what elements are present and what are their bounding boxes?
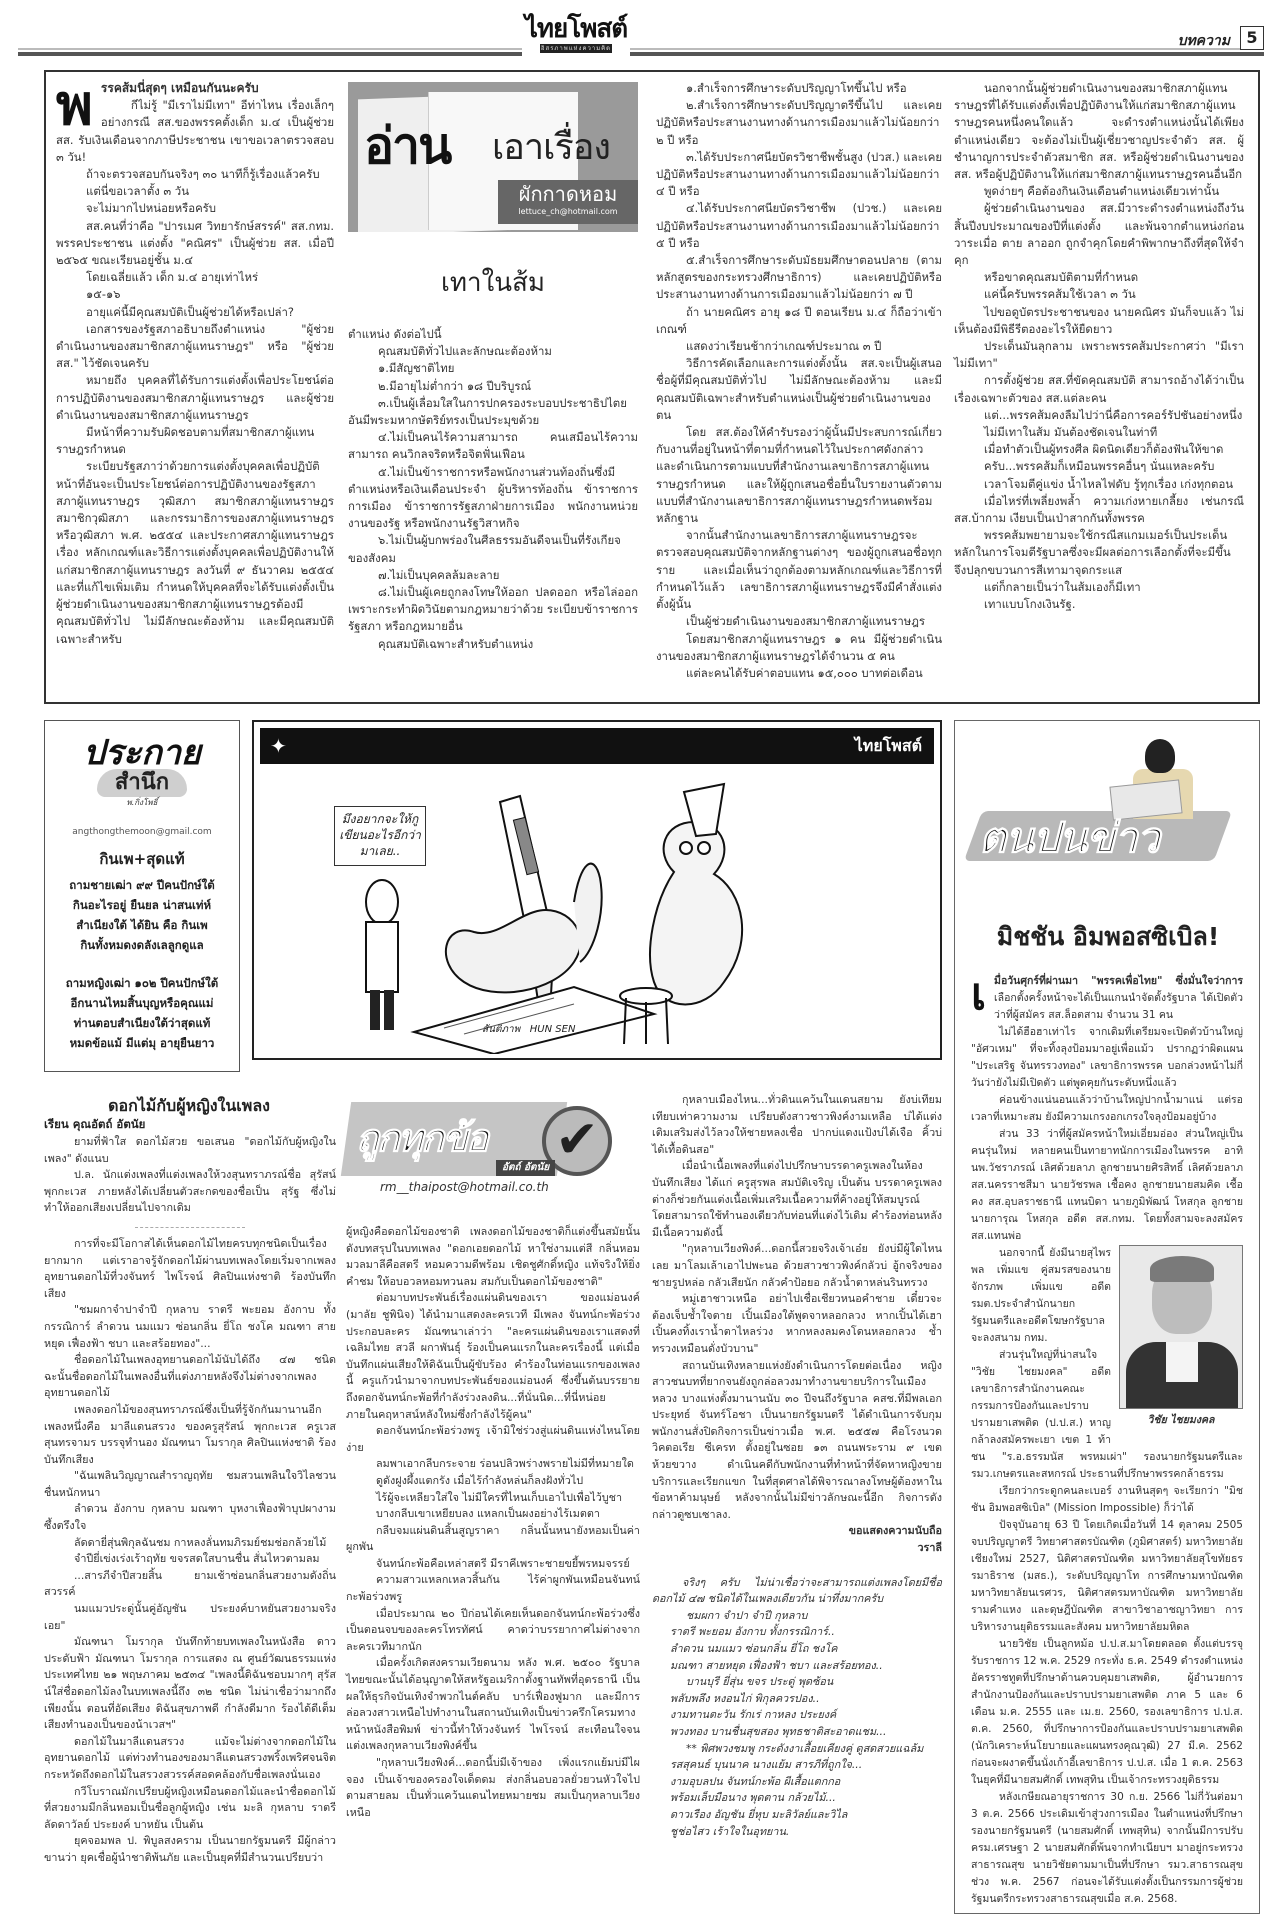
- portrait-photo: [1119, 1245, 1243, 1409]
- paragraph: แต่...พรรคส้มคงลืมไปว่านี่คือการคอร์รัปช…: [954, 407, 1244, 424]
- poem-line: ท่านตอบสำเนียงใต้ว่าสุดแท้: [45, 1013, 239, 1033]
- news-column-box: ตนปนข่าว มิชชัน อิมพอสซิเบิล! เมื่อวันศุ…: [954, 720, 1260, 1914]
- paragraph: ยุคจอมพล ป. พิบูลสงคราม เป็นนายกรัฐมนตรี…: [44, 1833, 336, 1866]
- paragraph: เป็นผู้ช่วยดำเนินงานของสมาชิกสภาผู้แทนรา…: [656, 613, 942, 630]
- signoff-name: วราลี: [652, 1540, 942, 1557]
- paragraph: กลีบจมแผ่นดินสิ้นสูญราคา กลิ่นนั้นหนายัง…: [346, 1523, 640, 1556]
- paragraph: นมแมวประดู่นั้นคู่อัญชัน ประยงค์บาหยันสว…: [44, 1601, 336, 1634]
- paragraph: จะไม่มากไปหน่อยหรือครับ: [56, 200, 334, 217]
- paragraph: ความสาวแหลกเหลวสิ้นกัน ไร้ค่าผูกพันเหมือ…: [346, 1572, 640, 1605]
- paragraph: ไร้ผู้จะเหลียวใส่ใจ ไม่มีใครที่ไหนเก็บเอ…: [346, 1490, 640, 1507]
- paragraph: เมื่อประมาณ ๒๐ ปีก่อนได้เคยเห็นดอกจันทน์…: [346, 1606, 640, 1656]
- paragraph: เรียกว่ากระดูกคนละเบอร์ งานหินสุดๆ จะเรี…: [971, 1483, 1243, 1517]
- letter-salutation: เรียน คุณอัตถ์ อัตนัย: [44, 1116, 145, 1134]
- paragraph: ๑๕-๑๖: [56, 286, 334, 303]
- paragraph: แค่นี้ครับพรรคส้มใช้เวลา ๓ วัน: [954, 286, 1244, 303]
- masthead-rule-light: [18, 48, 1264, 50]
- paragraph: นอกจากนั้นผู้ช่วยดำเนินงานของสมาชิกสภาผู…: [954, 80, 1244, 183]
- paragraph: หลังเกษียณอายุราชการ 30 ก.ย. 2566 ไม่กี่…: [971, 1789, 1243, 1908]
- paragraph: เพลงดอกไม้ของสุนทราภรณ์ซึ่งเป็นที่รู้จัก…: [44, 1402, 336, 1468]
- letter-col2: ผู้หญิงคือดอกไม้ของชาติ เพลงดอกไม้ของชาต…: [346, 1224, 640, 1821]
- column-read-text-col2: ตำแหน่ง ดังต่อไปนี้คุณสมบัติทั่วไปและลัก…: [348, 326, 638, 653]
- paragraph: แต่นี่ขอเวลาตั้ง ๓ วัน: [56, 183, 334, 200]
- paragraph: ๖.ไม่เป็นผู้บกพร่องในศีลธรรมอันดีจนเป็นท…: [348, 532, 638, 566]
- section-label: บทความ: [1178, 30, 1230, 52]
- paragraph: ๒.มีอายุไม่ต่ำกว่า ๑๘ ปีบริบูรณ์: [348, 378, 638, 395]
- paragraph: "กุหลาบเวียงพิงค์...ดอกนี้สวยจริงเจ้าเอ๋…: [652, 1241, 942, 1291]
- letter-col2-paragraphs: ผู้หญิงคือดอกไม้ของชาติ เพลงดอกไม้ของชาต…: [346, 1224, 640, 1821]
- article-title: เทาในส้ม: [348, 262, 638, 303]
- letter-paragraphs: การที่จะมีโอกาสได้เห็นดอกไม้ไทยครบทุกชนิ…: [44, 1236, 336, 1867]
- paragraph: สถานบันเทิงหลายแห่งยังดำเนินการโดยต่อเนื…: [652, 1358, 942, 1524]
- photo-caption: วิชัย ไชยมงคล: [1119, 1409, 1243, 1431]
- poem-line: อีกนานไหมสิ้นบุญหรือคุณแม่: [45, 993, 239, 1013]
- verse-line: พลับพลึง หงอนไก่ พิกุลควรปอง..: [652, 1691, 942, 1708]
- paragraph: ชื่อดอกไม้ในเพลงอุทยานดอกไม้นับได้ถึง ๔๗…: [44, 1352, 336, 1402]
- poem-line: สำเนียงใต้ ได้ยิน คือ กินเพ: [45, 915, 239, 935]
- letter-col3-paragraphs: กุหลาบเมืองไหน...ทั่วดินแคว้นในแดนสยาม ย…: [652, 1092, 942, 1523]
- paragraph: หมู่เฮาชาวเหนือ อย่าไปเชื่อเชียวหนอคำชาย…: [652, 1291, 942, 1357]
- paragraph: เมื่อทำตัวเป็นผู้ทรงศีล ผิดนิดเดียวก็ต้อ…: [954, 441, 1244, 458]
- news-lead-bold: มื่อวันศุกร์ที่ผ่านมา "พรรคเพื่อไทย" ซึ่…: [994, 975, 1243, 987]
- verse-line: ราตรี พะยอม อังกาบ ทั้งกรรณิการ์..: [652, 1624, 942, 1641]
- poem-line: กินอะไรอยู่ ยืนยล น่าสนเท่ห์: [45, 895, 239, 915]
- paragraph: ผู้ช่วยดำเนินงานของ สส.มีวาระดำรงตำแหน่ง…: [954, 200, 1244, 269]
- paragraph: ถ้า นายคณิศร อายุ ๑๘ ปี ตอนเรียน ม.๔ ก็ถ…: [656, 304, 942, 338]
- paragraph: ไปขอดูบัตรประชาชนของ นายคณิศร มันก็จบแล้…: [954, 304, 1244, 338]
- paragraph: ผู้หญิงคือดอกไม้ของชาติ เพลงดอกไม้ของชาต…: [346, 1224, 640, 1290]
- poem-email: angthongthemoon@gmail.com: [45, 825, 239, 839]
- news-column-wordmark: ตนปนข่าว: [979, 813, 1159, 863]
- author-bar: ผักกาดหอม lettuce_ch@hotmail.com: [498, 180, 638, 224]
- paragraph: ยามที่ฟ้าใส ดอกไม้สวย ขอเสนอ "ดอกไม้กับผ…: [44, 1134, 336, 1167]
- paragraph: ๕.ไม่เป็นข้าราชการหรือพนักงานส่วนท้องถิ่…: [348, 464, 638, 533]
- paragraph: ไม่ได้ฮือฮาเท่าไร จากเดิมที่เตรียมจะเปิด…: [971, 1024, 1243, 1092]
- verse-line: ชูช่อไสว เร้าใจในอุทยาน.: [652, 1824, 942, 1841]
- qa-email: rm__thaipost@hotmail.co.th: [380, 1180, 549, 1194]
- column-banner: อ่าน เอาเรื่อง ผักกาดหอม lettuce_ch@hotm…: [348, 82, 638, 232]
- paragraph: จำปียี่เข่งเร่งเร้าฤทัย ขจรสดใสบานชื่น ส…: [44, 1551, 336, 1568]
- paragraph: การตั้งผู้ช่วย สส.ที่ขัดคุณสมบัติ สามารถ…: [954, 372, 1244, 406]
- paragraph: ตำแหน่ง ดังต่อไปนี้: [348, 326, 638, 343]
- paragraph: ...สารภีจำปีสวยสิ้น ยามเช้าซ่อนกลิ่นสวยง…: [44, 1568, 336, 1601]
- cartoon-brand: ไทยโพสต์: [855, 733, 922, 759]
- paragraph: ดอกไม้ในมาลีแดนสรวง แม้จะไม่ต่างจากดอกไม…: [44, 1734, 336, 1784]
- paragraph: เวลาโจมตีคู่แข่ง น้ำไหลไฟดับ รู้ทุกเรื่อ…: [954, 476, 1244, 493]
- reply-intro: จริงๆ ครับ ไม่น่าเชื่อว่าจะสามารถแต่งเพล…: [652, 1575, 942, 1608]
- col1-paragraphs: กีไม่รู้ "มีเราไม่มีเทา" อีท่าไหน เรื่อง…: [56, 97, 334, 648]
- qa-banner-title: ถูกทุกข้อ: [356, 1116, 487, 1160]
- paragraph: แต่ก็กลายเป็นว่าในส้มเองก็มีเทา: [954, 579, 1244, 596]
- poem-lines: ถามชายเฒ่า ๙๙ ปีคนปักษ์ใต้กินอะไรอยู่ ยื…: [45, 875, 239, 1053]
- newspaper-tagline: อิสรภาพแห่งความคิด: [540, 44, 612, 53]
- letter-col3: กุหลาบเมืองไหน...ทั่วดินแคว้นในแดนสยาม ย…: [652, 1092, 942, 1840]
- paragraph: ลมพาเอากลีบกระจาย ร่อนปลิวพร่างพรายไม่มี…: [346, 1456, 640, 1473]
- col3-paragraphs: ๑.สำเร็จการศึกษาระดับปริญญาโทขึ้นไป หรือ…: [656, 80, 942, 682]
- paragraph: ไม่มีเทาในส้ม มันต้องชัดเจนในท่าที: [954, 424, 1244, 441]
- verse-line: ลำดวน นมแมว ซ่อนกลิ่น ยี่โถ ชงโค: [652, 1641, 942, 1658]
- editor-reply: จริงๆ ครับ ไม่น่าเชื่อว่าจะสามารถแต่งเพล…: [652, 1575, 942, 1841]
- cartoon-header-bar: ✦ ไทยโพสต์: [260, 728, 934, 764]
- poem-line: หมดข้อแม้ มีแต่มุ อายุยืนยาว: [45, 1033, 239, 1053]
- paragraph: อายุแค่นี้มีคุณสมบัติเป็นผู้ช่วยได้หรือเ…: [56, 304, 334, 321]
- paragraph: ๑.สำเร็จการศึกษาระดับปริญญาโทขึ้นไป หรือ: [656, 80, 942, 97]
- reply-verse: ชมผกา จำปา จำปี กุหลาบราตรี พะยอม อังกาบ…: [652, 1608, 942, 1840]
- paragraph: ๗.ไม่เป็นบุคคลล้มละลาย: [348, 567, 638, 584]
- newspaper-logo-text: ไทยโพสต์: [522, 14, 630, 44]
- paragraph: หรือขาดคุณสมบัติตามที่กำหนด: [954, 269, 1244, 286]
- paper-label-peace: สันติภาพ: [482, 1024, 520, 1035]
- poem-line: ถามชายเฒ่า ๙๙ ปีคนปักษ์ใต้: [45, 875, 239, 895]
- paragraph: "กุหลาบเวียงพิงค์...ดอกนี้บ่มีเจ้าของ เพ…: [346, 1755, 640, 1821]
- lead-paragraph: พรรคส้มนี่สุดๆ เหมือนกันนะครับ: [56, 80, 334, 97]
- letter-col1: ยามที่ฟ้าใส ดอกไม้สวย ขอเสนอ "ดอกไม้กับผ…: [44, 1134, 336, 1867]
- paragraph: ลำดวน อังกาบ กุหลาบ มณฑา บุหงาเฟื่องฟ้าบ…: [44, 1501, 336, 1534]
- paragraph: "ชมผกาจำปาจำปี กุหลาบ ราตรี พะยอม อังกาบ…: [44, 1302, 336, 1352]
- column-read-text-col3: ๑.สำเร็จการศึกษาระดับปริญญาโทขึ้นไป หรือ…: [656, 80, 942, 682]
- poem-box: ประกาย สำนึก พ.กิ่งโพธิ์ angthongthemoon…: [44, 720, 240, 1072]
- paragraph: ครับ...พรรคส้มก็เหมือนพรรคอื่นๆ นั่นแหละ…: [954, 458, 1244, 475]
- banner-title-small: เอาเรื่อง: [492, 126, 610, 170]
- paragraph: ค่อนข้างแน่นอนแล้วว่าบ้านใหญ่ปากน้ำมาแน่…: [971, 1092, 1243, 1126]
- poem-logo-title: ประกาย: [45, 733, 239, 773]
- paragraph: บางกลีบเขาเหยียบลง แหลกเป็นผงอย่างไร้เมต…: [346, 1506, 640, 1523]
- paragraph: ประเด็นมันลุกลาม เพราะพรรคส้มประกาศว่า "…: [954, 338, 1244, 372]
- news-body: เมื่อวันศุกร์ที่ผ่านมา "พรรคเพื่อไทย" ซึ…: [971, 973, 1243, 1908]
- news-paragraphs-top: ไม่ได้ฮือฮาเท่าไร จากเดิมที่เตรียมจะเปิด…: [971, 1024, 1243, 1245]
- news-photo: วิชัย ไชยมงคล: [1119, 1245, 1243, 1433]
- poem-line: กินทั้งหมดงดลังเลลูกดูแล: [45, 935, 239, 955]
- paragraph: ๕.สำเร็จการศึกษาระดับมัธยมศึกษาตอนปลาย (…: [656, 252, 942, 304]
- verse-line: ** พิศพวงชมพู กระดังงาเลื้อยเคียงคู่ ดูส…: [652, 1741, 942, 1758]
- paragraph: กวีโบราณมักเปรียบผู้หญิงเหมือนดอกไม้และน…: [44, 1784, 336, 1834]
- paragraph: โดยสมาชิกสภาผู้แทนราษฎร ๑ คน มีผู้ช่วยดำ…: [656, 631, 942, 665]
- paragraph: ต่อมาบทประพันธ์เรื่องแผ่นดินของเรา ของแม…: [346, 1290, 640, 1423]
- paragraph: ส่วน 33 ว่าที่ผู้สมัครหน้าใหม่เอี่ยมอ่อง…: [971, 1126, 1243, 1245]
- column-email: lettuce_ch@hotmail.com: [498, 206, 638, 218]
- page-number: 5: [1240, 26, 1264, 50]
- news-lead-rest: เลือกตั้งครั้งหน้าจะได้เป็นแกนนำจัดตั้งร…: [994, 992, 1243, 1021]
- verse-line: พวงทอง บานชื่นสุขสอง พุทธชาติสะอาดแชม...: [652, 1724, 942, 1741]
- paragraph: เทาแบบโกงเงินรัฐ.: [954, 596, 1244, 613]
- signoff-regards: ขอแสดงความนับถือ: [652, 1523, 942, 1540]
- banner-title-big: อ่าน: [364, 118, 450, 174]
- masthead-rule: [18, 52, 1264, 56]
- paragraph: สส.คนที่ว่าคือ "ปารเมศ วิทยารักษ์สรรค์" …: [56, 218, 334, 270]
- paragraph: เมื่อนำเนื้อเพลงที่แต่งไปปรึกษาบรรดาครูเ…: [652, 1158, 942, 1241]
- paragraph: โดยเฉลี่ยแล้ว เด็ก ม.๔ อายุเท่าไหร่: [56, 269, 334, 286]
- column-read-text-col1: พรรคส้มนี่สุดๆ เหมือนกันนะครับ กีไม่รู้ …: [56, 80, 334, 648]
- col2-paragraphs: ตำแหน่ง ดังต่อไปนี้คุณสมบัติทั่วไปและลัก…: [348, 326, 638, 653]
- bird-mascot-icon: ✦: [270, 732, 314, 760]
- news-dropcap: เ: [971, 975, 986, 1015]
- paragraph: กุหลาบเมืองไหน...ทั่วดินแคว้นในแดนสยาม ย…: [652, 1092, 942, 1158]
- verse-line: งามอุบลปน จันทน์กะพ้อ ผีเสื้อแตกกอ: [652, 1774, 942, 1791]
- paragraph: มัณฑนา โมรากุล บันทึกท้ายบทเพลงในหนังสือ…: [44, 1634, 336, 1734]
- verse-line: งามทานตะวัน รักเร่ กาหลง ประยงค์: [652, 1707, 942, 1724]
- paragraph: ๑.มีสัญชาติไทย: [348, 360, 638, 377]
- qa-column-banner: ถูกทุกข้อ ✔ อัตถ์ อัตนัย rm__thaipost@ho…: [346, 1092, 636, 1204]
- paragraph: แสดงว่าเรียนช้ากว่าเกณฑ์ประมาณ ๓ ปี: [656, 338, 942, 355]
- dashed-divider: [135, 1227, 245, 1228]
- paragraph: โดย สส.ต้องให้คำรับรองว่าผู้นั้นมีประสบก…: [656, 424, 942, 527]
- paragraph: ๘.ไม่เป็นผู้เคยถูกลงโทษให้ออก ปลดออก หรื…: [348, 584, 638, 636]
- paragraph: ๓.เป็นผู้เลื่อมใสในการปกครองระบอบประชาธิ…: [348, 395, 638, 429]
- paragraph: ถ้าจะตรวจสอบกันจริงๆ ๓๐ นาทีก็รู้เรื่องแ…: [56, 166, 334, 183]
- verse-line: พร้อมเล็บมือนาง พุดตาน กล้วยไม้...: [652, 1790, 942, 1807]
- paragraph: เอกสารของรัฐสภาอธิบายถึงตำแหน่ง "ผู้ช่วย…: [56, 321, 334, 373]
- paragraph: ดอกจันทน์กะพ้อร่วงพรู เจ้ามิใช่ร่วงสู่แผ…: [346, 1423, 640, 1456]
- paragraph: ดูดังฝูงผึ้งแตกรัง เมื่อไร้กำลังหล่นก็ลง…: [346, 1473, 640, 1490]
- paragraph: ๔.ไม่เป็นคนไร้ความสามารถ คนเสมือนไร้ความ…: [348, 429, 638, 463]
- paragraph: ปัจจุบันอายุ 63 ปี โดยเกิดเมื่อวันที่ 14…: [971, 1517, 1243, 1636]
- paragraph: นายวิชัย เป็นลูกหม้อ ป.ป.ส.มาโดยตลอด ตั้…: [971, 1636, 1243, 1789]
- news-lead: เมื่อวันศุกร์ที่ผ่านมา "พรรคเพื่อไทย" ซึ…: [971, 973, 1243, 1024]
- paragraph: จันทน์กะพ้อคือเหล่าสตรี มีราคีเพราะชายขย…: [346, 1556, 640, 1573]
- poem-logo-scroll: สำนึก: [97, 769, 187, 797]
- column-author: ผักกาดหอม: [498, 182, 638, 206]
- editorial-cartoon: ✦ ไทยโพสต์ มึงอยากจะให้กูเขียนอะไรอีกว่า…: [252, 720, 942, 1060]
- news-paragraphs-bottom: เรียกว่ากระดูกคนละเบอร์ งานหินสุดๆ จะเรี…: [971, 1483, 1243, 1908]
- paragraph: "ฉันเพลินวิญญาณสำราญฤทัย ชมสวนเพลินใจวิไ…: [44, 1468, 336, 1501]
- paragraph: หมายถึง บุคคลที่ได้รับการแต่งตั้งเพื่อปร…: [56, 372, 334, 424]
- poem-title: กินเพ+สุดแท้: [45, 849, 239, 869]
- paragraph: ระเบียบรัฐสภาว่าด้วยการแต่งตั้งบุคคลเพื่…: [56, 458, 334, 647]
- news-column-logo: ตนปนข่าว: [965, 737, 1245, 887]
- speech-bubble: มึงอยากจะให้กูเขียนอะไรอีกว่ามาเลย..: [334, 806, 426, 866]
- poem-author: พ.กิ่งโพธิ์: [45, 797, 239, 809]
- col4-paragraphs: นอกจากนั้นผู้ช่วยดำเนินงานของสมาชิกสภาผู…: [954, 80, 1244, 613]
- masthead: ไทยโพสต์ อิสรภาพแห่งความคิด บทความ 5: [0, 0, 1286, 64]
- paragraph: ๓.ได้รับประกาศนียบัตรวิชาชีพชั้นสูง (ปวส…: [656, 149, 942, 201]
- poem-stanza-2: ถามหญิงเฒ่า ๑๐๒ ปีคนปักษ์ใต้อีกนานไหมสิ้…: [45, 973, 239, 1053]
- newspaper-reader-illustration: [1125, 739, 1195, 821]
- letter-intro: ยามที่ฟ้าใส ดอกไม้สวย ขอเสนอ "ดอกไม้กับผ…: [44, 1134, 336, 1217]
- poem-logo: ประกาย สำนึก พ.กิ่งโพธิ์: [45, 733, 239, 825]
- verse-line: รสสุคนธ์ บุนนาค นางแย้ม สารภีที่ถูกใจ...: [652, 1757, 942, 1774]
- column-read-text-col4: นอกจากนั้นผู้ช่วยดำเนินงานของสมาชิกสภาผู…: [954, 80, 1244, 613]
- verse-line: ดาวเรือง อัญชัน ยี่หุบ มะลิวัลย์และวิไล: [652, 1807, 942, 1824]
- paragraph: คุณสมบัติเฉพาะสำหรับตำแหน่ง: [348, 636, 638, 653]
- paragraph: ป.ล. นักแต่งเพลงที่แต่งเพลงให้วงสุนทราภร…: [44, 1167, 336, 1217]
- paragraph: คุณสมบัติทั่วไปและลักษณะต้องห้าม: [348, 343, 638, 360]
- paragraph: เมื่อครั้งเกิดสงครามเวียดนาม หลัง พ.ศ. ๒…: [346, 1655, 640, 1755]
- verse-line: บานบุรี ยี่สุ่น ขจร ประดู่ พุดซ้อน: [652, 1674, 942, 1691]
- paragraph: พรรคส้มพยายามจะใช้กรณีสแกมเมอร์เป็นประเด…: [954, 527, 1244, 579]
- verse-line: ชมผกา จำปา จำปี กุหลาบ: [652, 1608, 942, 1625]
- paragraph: ๔.ได้รับประกาศนียบัตรวิชาชีพ (ปวช.) และเ…: [656, 200, 942, 252]
- paragraph: ๒.สำเร็จการศึกษาระดับปริญญาตรีขึ้นไป และ…: [656, 97, 942, 149]
- news-headline: มิชชัน อิมพอสซิเบิล!: [965, 917, 1251, 957]
- dropcap-letter: พ: [56, 82, 93, 130]
- qa-author: อัตถ์ อัตนัย: [496, 1160, 555, 1176]
- paragraph: จากนั้นสำนักงานเลขาธิการสภาผู้แทนราษฎรจะ…: [656, 527, 942, 613]
- paragraph: มีหน้าที่ความรับผิดชอบตามที่สมาชิกสภาผู้…: [56, 424, 334, 458]
- newspaper-logo: ไทยโพสต์ อิสรภาพแห่งความคิด: [522, 14, 630, 56]
- paragraph: เมื่อไหร่ที่เพลี่ยงพล้ำ ความเก่งหายเกลี้…: [954, 493, 1244, 527]
- paragraph: กีไม่รู้ "มีเราไม่มีเทา" อีท่าไหน เรื่อง…: [56, 97, 334, 166]
- lead-text: รรคส้มนี่สุดๆ เหมือนกันนะครับ: [101, 81, 259, 95]
- cartoon-paper-label: สันติภาพ HUN SEN: [482, 1022, 575, 1037]
- paragraph: การที่จะมีโอกาสได้เห็นดอกไม้ไทยครบทุกชนิ…: [44, 1236, 336, 1302]
- paragraph: พูดง่ายๆ คือต้องกินเงินเดือนตำแหน่งเดียว…: [954, 183, 1244, 200]
- paragraph: ลัดดายี่สุ่นพิกุลฉันชม กาหลงลั่นทมภิรมย์…: [44, 1535, 336, 1552]
- paragraph: แต่ละคนได้รับค่าตอบแทน ๑๕,๐๐๐ บาทต่อเดือ…: [656, 665, 942, 682]
- verse-line: มณฑา สายหยุด เฟื่องฟ้า ชบา และสร้อยทอง..: [652, 1658, 942, 1675]
- paragraph: วิธีการคัดเลือกและการแต่งตั้งนั้น สส.จะเ…: [656, 355, 942, 424]
- poem-line: ถามหญิงเฒ่า ๑๐๒ ปีคนปักษ์ใต้: [45, 973, 239, 993]
- paper-label-hunsen: HUN SEN: [530, 1024, 576, 1035]
- poem-stanza-1: ถามชายเฒ่า ๙๙ ปีคนปักษ์ใต้กินอะไรอยู่ ยื…: [45, 875, 239, 955]
